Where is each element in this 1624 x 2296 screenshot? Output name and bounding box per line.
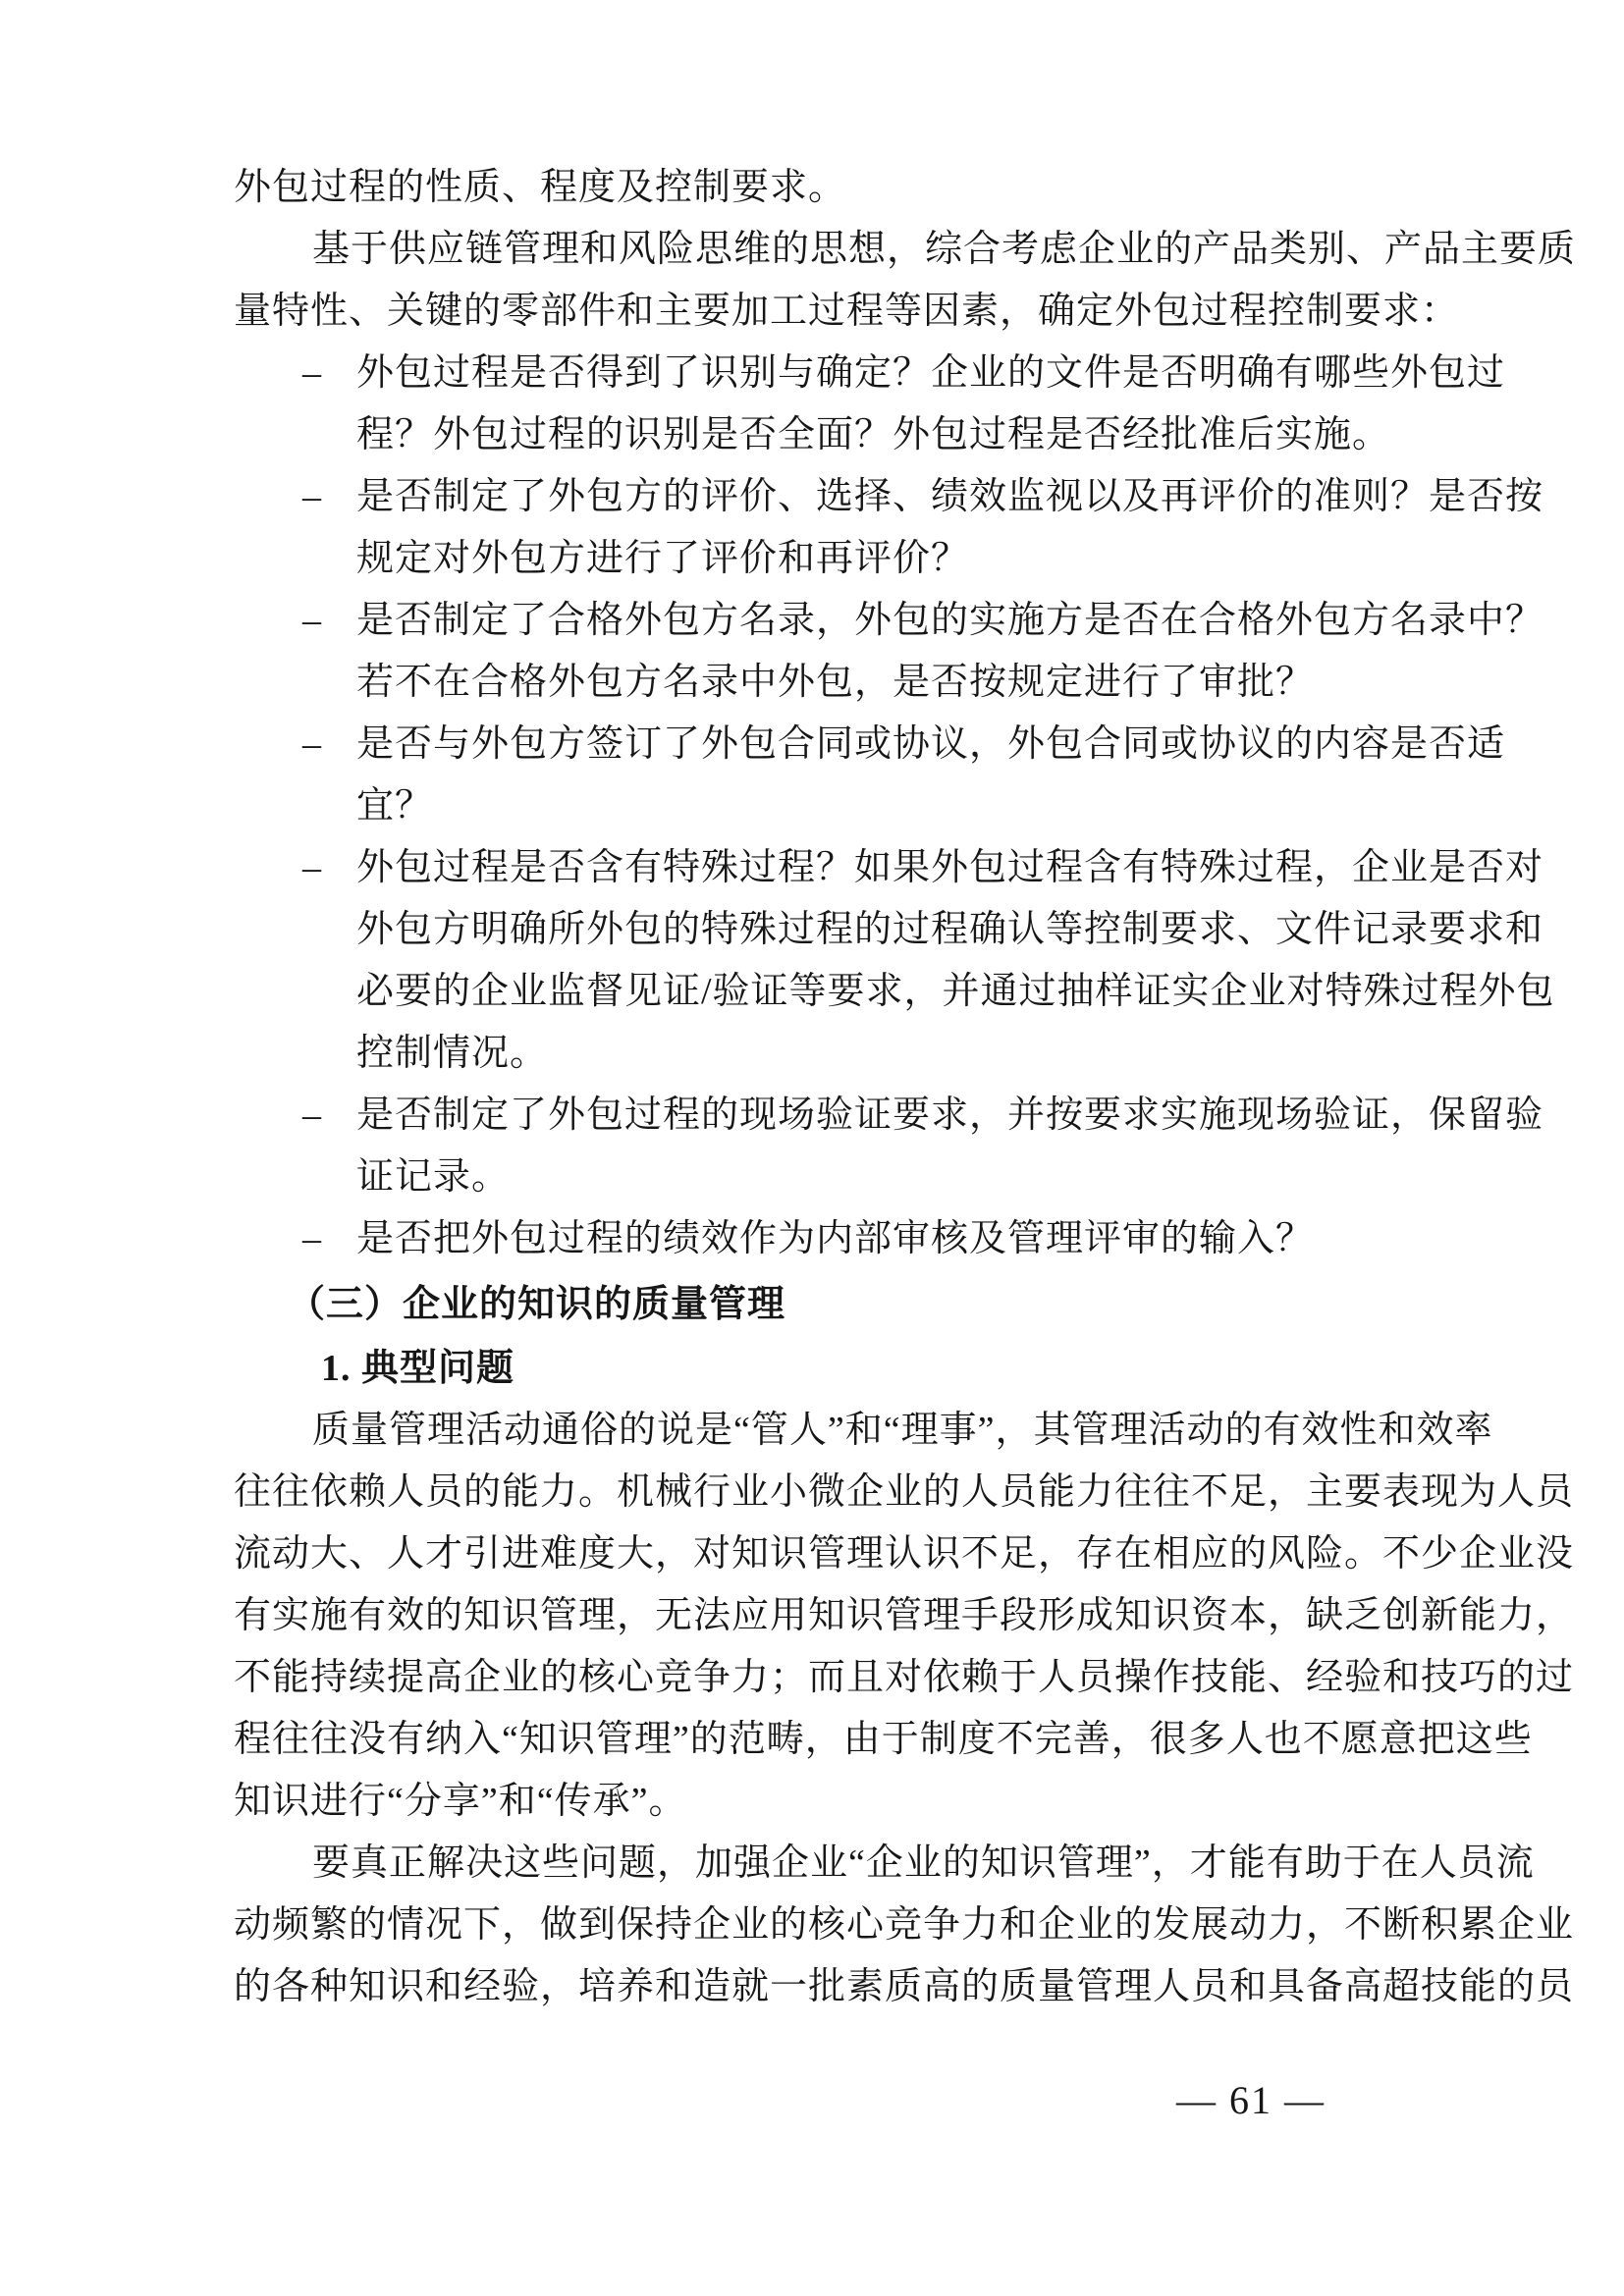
paragraph-first-line: 基于供应链管理和风险思维的思想，综合考虑企业的产品类别、产品主要质 [234,219,1432,281]
bullet-item: –是否与外包方签订了外包合同或协议，外包合同或协议的内容是否适 [234,714,1432,775]
bullet-item: –是否制定了外包方的评价、选择、绩效监视以及再评价的准则？是否按 [234,466,1432,528]
text-line: 流动大、人才引进难度大，对知识管理认识不足，存在相应的风险。不少企业没 [234,1523,1432,1585]
bullet-dash-icon: – [302,714,322,775]
text-line: 不能持续提高企业的核心竞争力；而且对依赖于人员操作技能、经验和技巧的过 [234,1647,1432,1709]
bullet-dash-icon: – [302,837,322,899]
bullet-item: –外包过程是否含有特殊过程？如果外包过程含有特殊过程，企业是否对 [234,837,1432,899]
paragraph-first-line: 质量管理活动通俗的说是“管人”和“理事”，其管理活动的有效性和效率 [234,1400,1432,1462]
bullet-dash-icon: – [302,1208,322,1270]
subsection-heading: 1. 典型问题 [234,1338,1432,1400]
bullet-continuation-line: 若不在合格外包方名录中外包，是否按规定进行了审批？ [234,652,1432,714]
bullet-text: 外包过程是否得到了识别与确定？企业的文件是否明确有哪些外包过 [356,352,1505,394]
bullet-text: 是否制定了外包方的评价、选择、绩效监视以及再评价的准则？是否按 [356,476,1543,517]
bullet-dash-icon: – [302,343,322,404]
document-body: 外包过程的性质、程度及控制要求。基于供应链管理和风险思维的思想，综合考虑企业的产… [234,157,1432,2018]
page-number: — 61 — [1176,2073,1326,2128]
bullet-continuation-line: 必要的企业监督见证/验证等要求，并通过抽样证实企业对特殊过程外包 [234,961,1432,1023]
bullet-dash-icon: – [302,466,322,528]
bullet-text: 是否制定了外包过程的现场验证要求，并按要求实施现场验证，保留验 [356,1095,1543,1136]
bullet-dash-icon: – [302,590,322,652]
text-line: 有实施有效的知识管理，无法应用知识管理手段形成知识资本，缺乏创新能力， [234,1585,1432,1647]
text-line: 往往依赖人员的能力。机械行业小微企业的人员能力往往不足，主要表现为人员 [234,1462,1432,1523]
paragraph-first-line: 要真正解决这些问题，加强企业“企业的知识管理”，才能有助于在人员流 [234,1833,1432,1895]
text-line: 量特性、关键的零部件和主要加工过程等因素，确定外包过程控制要求： [234,281,1432,343]
bullet-continuation-line: 外包方明确所外包的特殊过程的过程确认等控制要求、文件记录要求和 [234,899,1432,961]
bullet-continuation-line: 证记录。 [234,1147,1432,1208]
text-line: 程往往没有纳入“知识管理”的范畴，由于制度不完善，很多人也不愿意把这些 [234,1709,1432,1771]
bullet-item: –是否制定了合格外包方名录，外包的实施方是否在合格外包方名录中？ [234,590,1432,652]
section-heading: （三）企业的知识的质量管理 [234,1274,1432,1336]
bullet-item: –外包过程是否得到了识别与确定？企业的文件是否明确有哪些外包过 [234,343,1432,404]
bullet-continuation-line: 控制情况。 [234,1023,1432,1085]
bullet-continuation-line: 规定对外包方进行了评价和再评价？ [234,528,1432,590]
bullet-continuation-line: 程？外包过程的识别是否全面？外包过程是否经批准后实施。 [234,404,1432,466]
text-line: 外包过程的性质、程度及控制要求。 [234,157,1432,219]
bullet-item: –是否制定了外包过程的现场验证要求，并按要求实施现场验证，保留验 [234,1085,1432,1147]
bullet-text: 是否把外包过程的绩效作为内部审核及管理评审的输入？ [356,1218,1314,1259]
bullet-continuation-line: 宜？ [234,775,1432,837]
text-line: 的各种知识和经验，培养和造就一批素质高的质量管理人员和具备高超技能的员 [234,1956,1432,2018]
text-line: 动频繁的情况下，做到保持企业的核心竞争力和企业的发展动力，不断积累企业 [234,1895,1432,1956]
bullet-text: 外包过程是否含有特殊过程？如果外包过程含有特殊过程，企业是否对 [356,847,1543,888]
bullet-text: 是否制定了合格外包方名录，外包的实施方是否在合格外包方名录中？ [356,600,1543,641]
document-page: 外包过程的性质、程度及控制要求。基于供应链管理和风险思维的思想，综合考虑企业的产… [0,0,1624,2296]
text-line: 知识进行“分享”和“传承”。 [234,1771,1432,1833]
bullet-dash-icon: – [302,1085,322,1147]
bullet-item: –是否把外包过程的绩效作为内部审核及管理评审的输入？ [234,1208,1432,1270]
bullet-text: 是否与外包方签订了外包合同或协议，外包合同或协议的内容是否适 [356,723,1505,765]
